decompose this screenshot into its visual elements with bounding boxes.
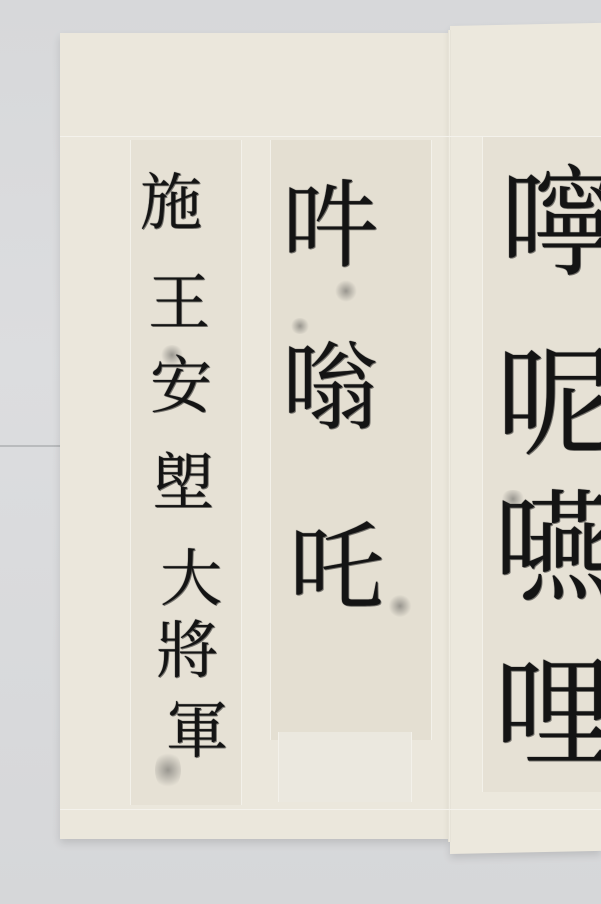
glyph: 呢 [496, 345, 601, 465]
glyph: 嚥 [494, 490, 601, 610]
ink-speck [500, 490, 526, 508]
glyph: 哩 [494, 655, 601, 775]
ink-speck [335, 280, 357, 302]
ink-speck [160, 345, 184, 365]
calligraphy-column-right: 嚀 呢 嚥 哩 [0, 0, 601, 904]
ink-speck [155, 750, 181, 790]
ink-speck [388, 595, 412, 617]
glyph: 嚀 [500, 165, 601, 285]
photo-scene: 施 王 安 塱 大 將 軍 吽 嗡 吒 嚀 呢 嚥 哩 [0, 0, 601, 904]
ink-speck [290, 318, 310, 334]
